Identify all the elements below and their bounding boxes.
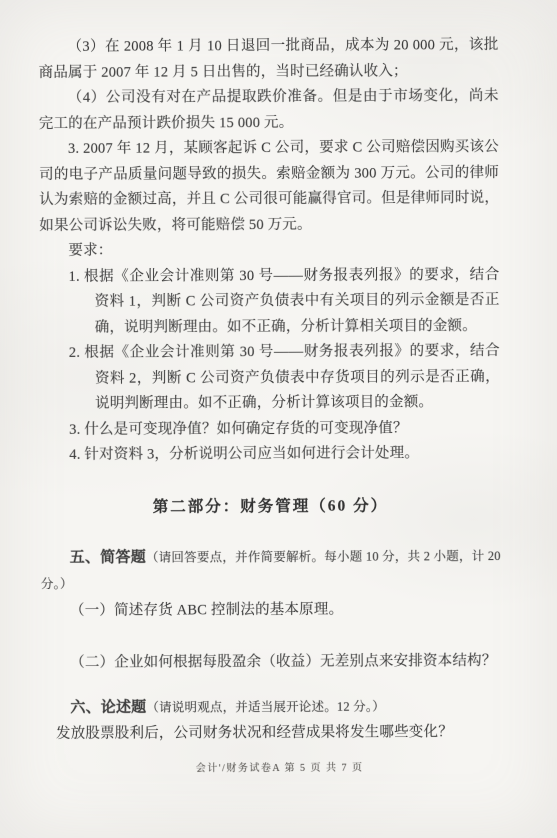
question5-sub2: （二）企业如何根据每股盈余（收益）无差别点来安排资本结构？: [41, 649, 501, 677]
question5-heading: 五、简答题（请回答要点，并作简要解析。每小题 10 分，共 2 小题，计 20 …: [41, 544, 501, 597]
section-title-part2: 第二部分：财务管理（60 分）: [40, 493, 500, 521]
scanned-exam-page: （3）在 2008 年 1 月 10 日退回一批商品，成本为 20 000 元，…: [0, 0, 557, 838]
requirement-3: 3. 什么是可变现净值？如何确定存货的可变现净值？: [69, 416, 500, 443]
paragraph-wip-writedown: （4）公司没有对在产品提取跌价准备。但是由于市场变化，尚未完工的在产品预计跌价损…: [39, 84, 499, 137]
question5-sub1: （一）简述存货 ABC 控制法的基本原理。: [41, 597, 501, 625]
question6-heading: 六、论述题（请说明观点，并适当展开论述。12 分。）: [41, 694, 501, 722]
paragraph-return-goods: （3）在 2008 年 1 月 10 日退回一批商品，成本为 20 000 元，…: [38, 33, 498, 86]
requirements-label: 要求：: [39, 237, 499, 265]
requirements-list: 1. 根据《企业会计准则第 30 号——财务报表列报》的要求，结合资料 1，判断…: [39, 263, 500, 469]
page-footer: 会计'/财务试卷A 第 5 页 共 7 页: [50, 755, 510, 783]
requirement-1: 1. 根据《企业会计准则第 30 号——财务报表列报》的要求，结合资料 1，判断…: [68, 263, 499, 341]
question5-label: 五、简答题: [70, 550, 146, 566]
question6-note: （请说明观点，并适当展开论述。12 分。）: [146, 700, 385, 715]
question6-text: 发放股票股利后，公司财务状况和经营成果将发生哪些变化？: [41, 720, 501, 748]
page-content: （3）在 2008 年 1 月 10 日退回一批商品，成本为 20 000 元，…: [0, 0, 557, 783]
requirement-2: 2. 根据《企业会计准则第 30 号——财务报表列报》的要求，结合资料 2，判断…: [69, 339, 500, 417]
paragraph-lawsuit-material3: 3. 2007 年 12 月，某顾客起诉 C 公司，要求 C 公司赔偿因购买该公…: [39, 135, 499, 239]
requirement-4: 4. 针对资料 3，分析说明公司应当如何进行会计处理。: [69, 441, 500, 468]
question6-label: 六、论述题: [70, 700, 146, 716]
